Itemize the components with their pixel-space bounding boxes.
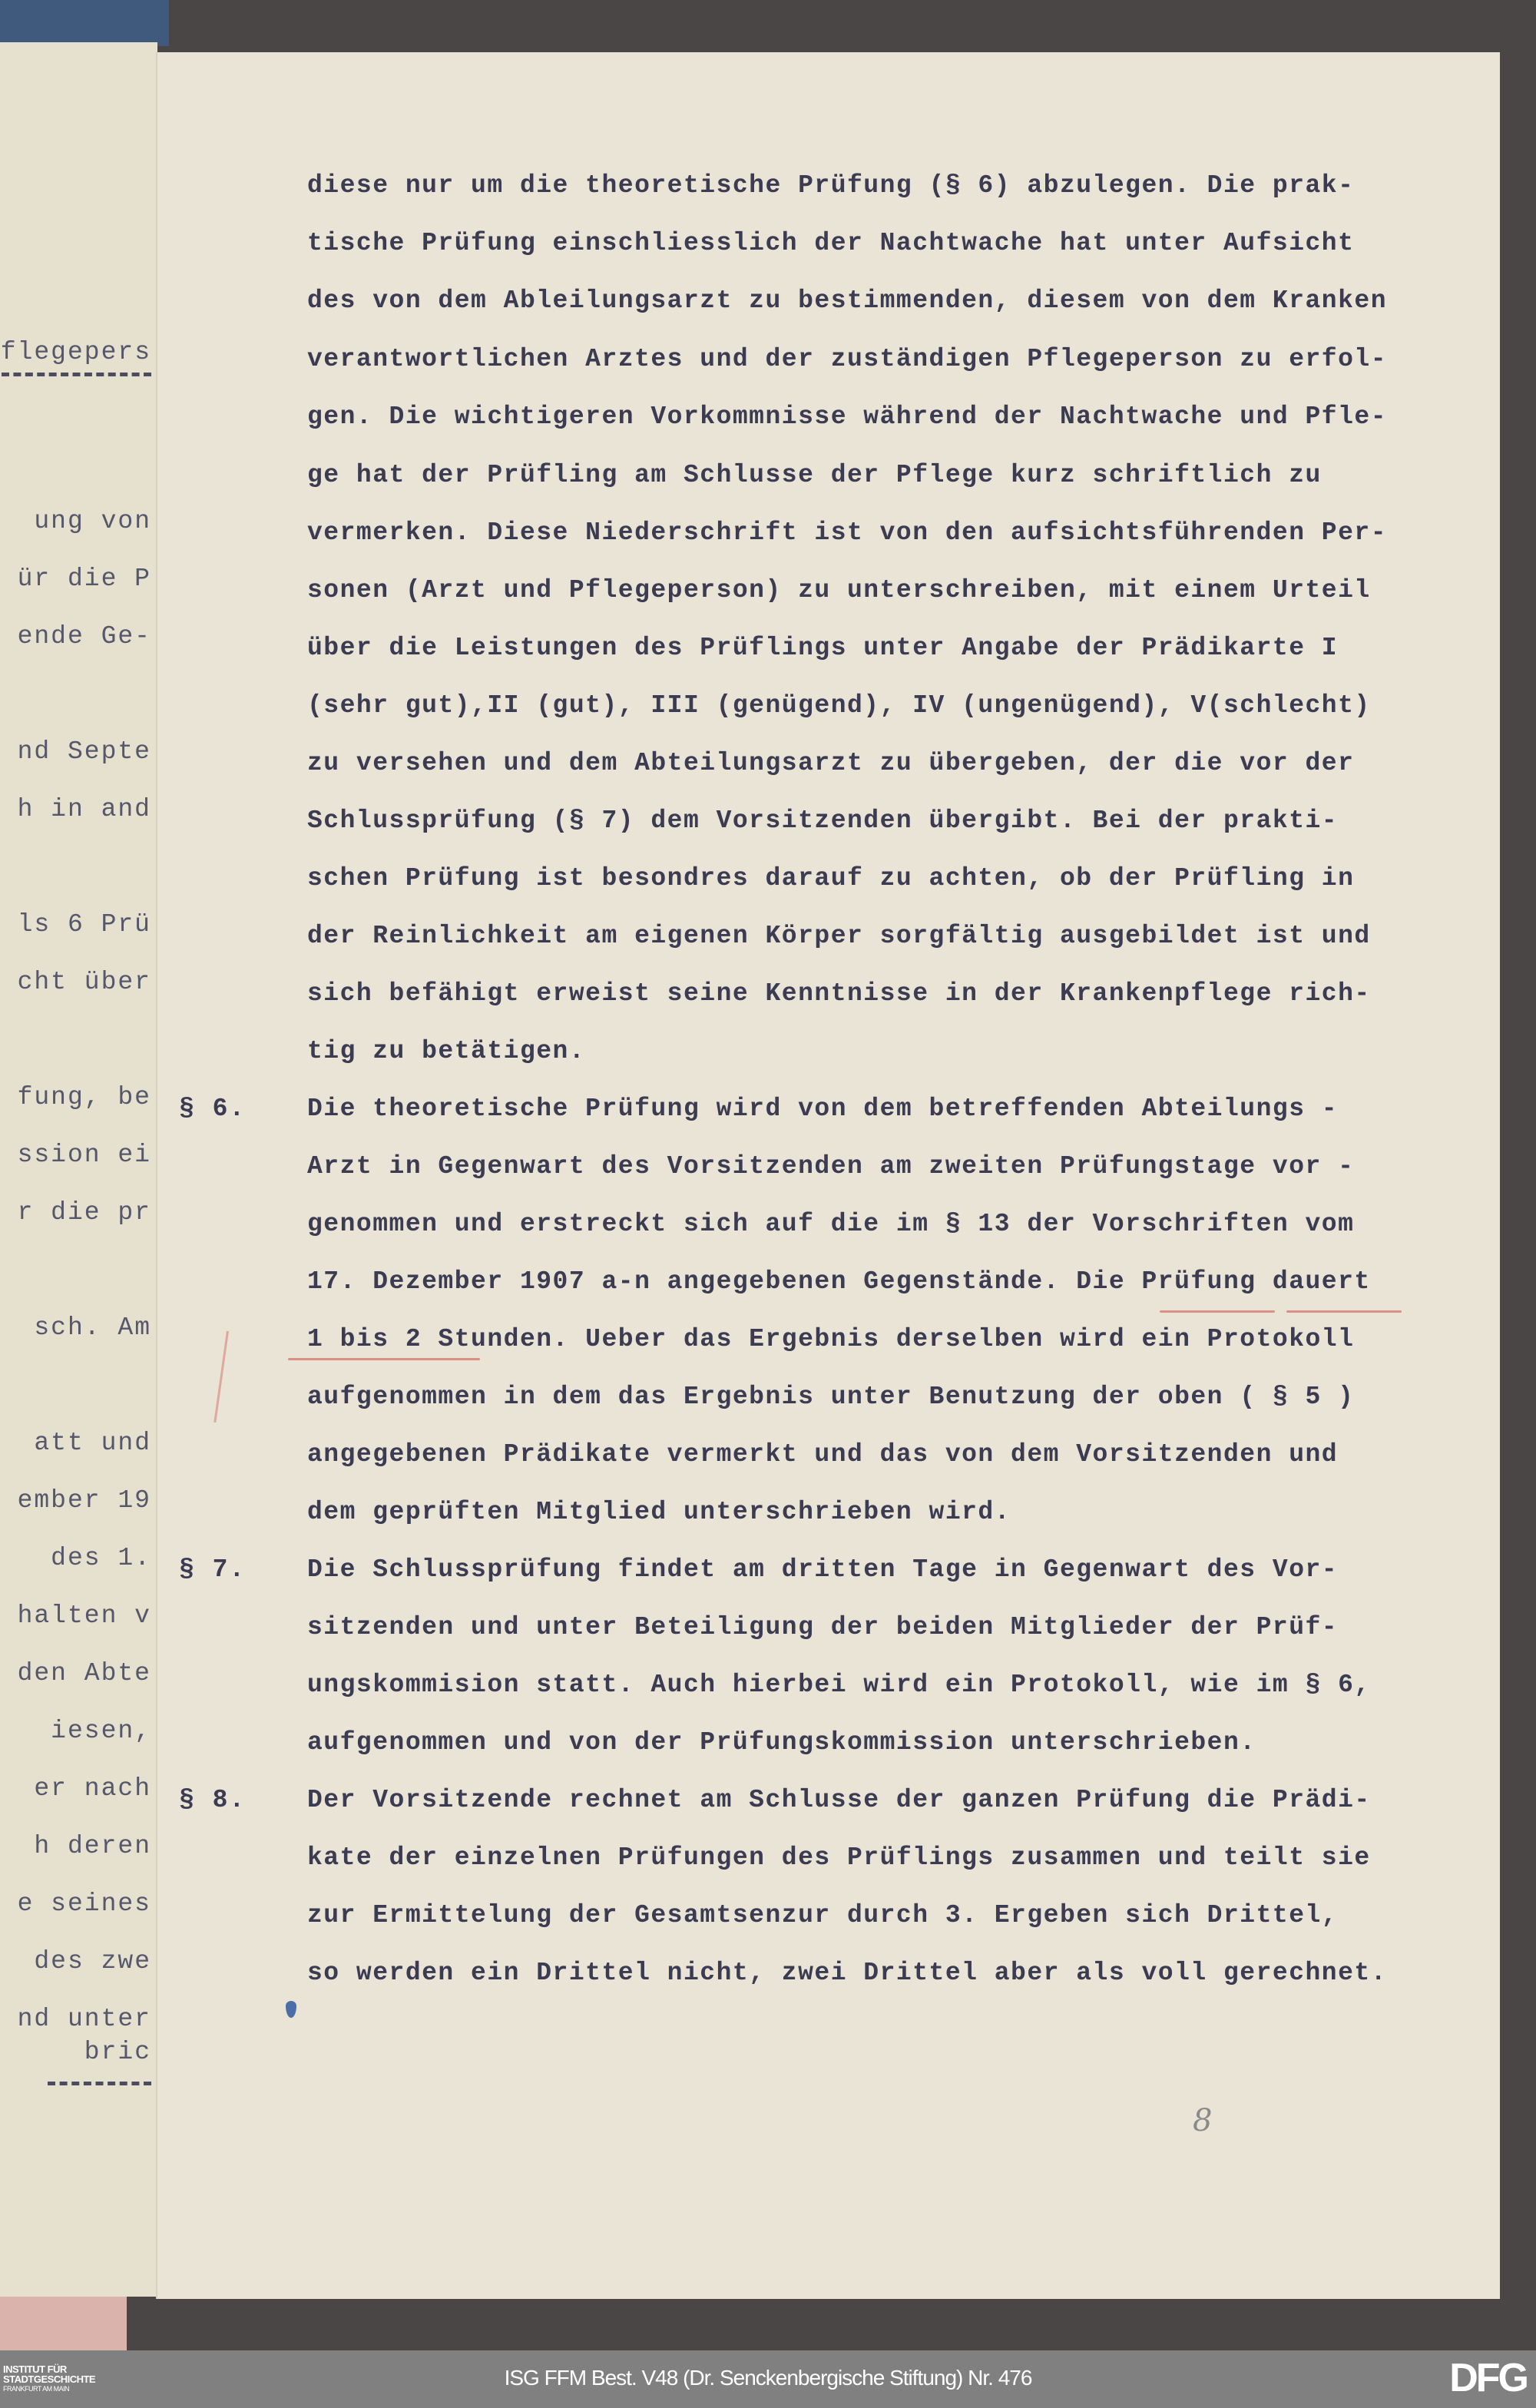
text-line: schen Prüfung ist besondres darauf zu ac… xyxy=(307,864,1354,893)
left-fragment: halten v xyxy=(18,1601,151,1630)
red-underline-mark xyxy=(288,1358,480,1360)
left-fragment: r die pr xyxy=(18,1198,151,1227)
left-fragment: er nach xyxy=(34,1774,151,1803)
text-line: genommen und erstreckt sich auf die im §… xyxy=(307,1210,1354,1238)
text-line: zur Ermittelung der Gesamtsenzur durch 3… xyxy=(307,1901,1338,1929)
left-fragment: ür die P xyxy=(18,565,151,593)
red-underline-mark xyxy=(1160,1310,1275,1313)
text-line: verantwortlichen Arztes und der zuständi… xyxy=(307,345,1387,373)
text-line: über die Leistungen des Prüflings unter … xyxy=(307,634,1338,662)
left-fragment: ung von xyxy=(34,507,151,535)
text-line: diese nur um die theoretische Prüfung (§… xyxy=(307,171,1354,200)
ink-blot xyxy=(286,2001,296,2018)
section-8-mark: § 8. xyxy=(179,1786,246,1814)
dashed-rule xyxy=(2,373,151,380)
left-fragment: bric xyxy=(84,2038,151,2066)
text-line: Arzt in Gegenwart des Vorsitzenden am zw… xyxy=(307,1152,1354,1181)
left-fragment: ende Ge- xyxy=(18,622,151,651)
text-line: angegebenen Prädikate vermerkt und das v… xyxy=(307,1440,1338,1469)
red-underline-mark xyxy=(1286,1310,1402,1313)
text-line: Schlussprüfung (§ 7) dem Vorsitzenden üb… xyxy=(307,807,1338,835)
text-line: dem geprüften Mitglied unterschrieben wi… xyxy=(307,1498,1011,1526)
text-line: der Reinlichkeit am eigenen Körper sorgf… xyxy=(307,922,1371,950)
text-line: aufgenommen in dem das Ergebnis unter Be… xyxy=(307,1383,1354,1411)
text-line: sich befähigt erweist seine Kenntnisse i… xyxy=(307,979,1371,1008)
folder-cover xyxy=(0,0,169,46)
text-line: tig zu betätigen. xyxy=(307,1037,585,1065)
left-fragment: des 1. xyxy=(51,1544,151,1572)
left-fragment: cht über xyxy=(18,968,151,996)
left-fragment: ssion ei xyxy=(18,1141,151,1169)
text-line: (sehr gut),II (gut), III (genügend), IV … xyxy=(307,691,1371,720)
left-fragment: ember 19 xyxy=(18,1486,151,1515)
left-fragment: nd unter xyxy=(18,2005,151,2033)
red-margin-mark xyxy=(214,1331,229,1423)
left-fragment: nd Septe xyxy=(18,737,151,766)
left-fragment: ls 6 Prü xyxy=(18,910,151,939)
text-line: Der Vorsitzende rechnet am Schlusse der … xyxy=(307,1786,1371,1814)
document-page: diese nur um die theoretische Prüfung (§… xyxy=(157,52,1500,2299)
left-fragment: h in and xyxy=(18,795,151,823)
left-fragment: h deren xyxy=(34,1832,151,1860)
text-line: so werden ein Drittel nicht, zwei Dritte… xyxy=(307,1959,1387,1987)
left-fragment: sch. Am xyxy=(34,1313,151,1342)
text-line: sitzenden und unter Beteiligung der beid… xyxy=(307,1613,1338,1641)
text-line: Die Schlussprüfung findet am dritten Tag… xyxy=(307,1555,1338,1584)
left-fragment: flegepers xyxy=(1,338,151,366)
archive-signature: ISG FFM Best. V48 (Dr. Senckenbergische … xyxy=(0,2366,1536,2390)
left-fragment: des zwe xyxy=(34,1947,151,1976)
dfg-logo: DFG xyxy=(1449,2358,1527,2398)
text-line: tische Prüfung einschliesslich der Nacht… xyxy=(307,229,1354,257)
handwritten-page-number: 8 xyxy=(1193,2103,1212,2138)
text-line: 1 bis 2 Stunden. Ueber das Ergebnis ders… xyxy=(307,1325,1354,1353)
section-7-mark: § 7. xyxy=(179,1555,246,1584)
text-line: sonen (Arzt und Pflegeperson) zu untersc… xyxy=(307,576,1371,604)
text-line: des von dem Ableilungsarzt zu bestimmend… xyxy=(307,287,1387,315)
archive-footer-bar: INSTITUT FÜR STADTGESCHICHTE FRANKFURT A… xyxy=(0,2350,1536,2408)
dashed-rule xyxy=(48,2082,151,2089)
text-line: Die theoretische Prüfung wird von dem be… xyxy=(307,1095,1338,1123)
pink-paper-edge xyxy=(0,2297,127,2350)
text-line: gen. Die wichtigeren Vorkommnisse währen… xyxy=(307,402,1387,431)
text-line: ge hat der Prüfling am Schlusse der Pfle… xyxy=(307,461,1322,489)
left-fragment: den Abte xyxy=(18,1659,151,1688)
text-line: 17. Dezember 1907 a-n angegebenen Gegens… xyxy=(307,1267,1371,1296)
left-fragment: e seines xyxy=(18,1890,151,1918)
left-fragment: att und xyxy=(34,1429,151,1457)
underlying-left-page: flegepers ung von ür die P ende Ge- nd S… xyxy=(0,42,157,2297)
left-fragment: iesen, xyxy=(51,1717,151,1745)
text-line: aufgenommen und von der Prüfungskommissi… xyxy=(307,1728,1256,1757)
text-line: kate der einzelnen Prüfungen des Prüflin… xyxy=(307,1843,1371,1872)
text-line: zu versehen und dem Abteilungsarzt zu üb… xyxy=(307,749,1354,777)
text-line: vermerken. Diese Niederschrift ist von d… xyxy=(307,518,1387,547)
left-fragment: fung, be xyxy=(18,1083,151,1111)
section-6-mark: § 6. xyxy=(179,1095,246,1123)
text-line: ungskommision statt. Auch hierbei wird e… xyxy=(307,1671,1371,1699)
